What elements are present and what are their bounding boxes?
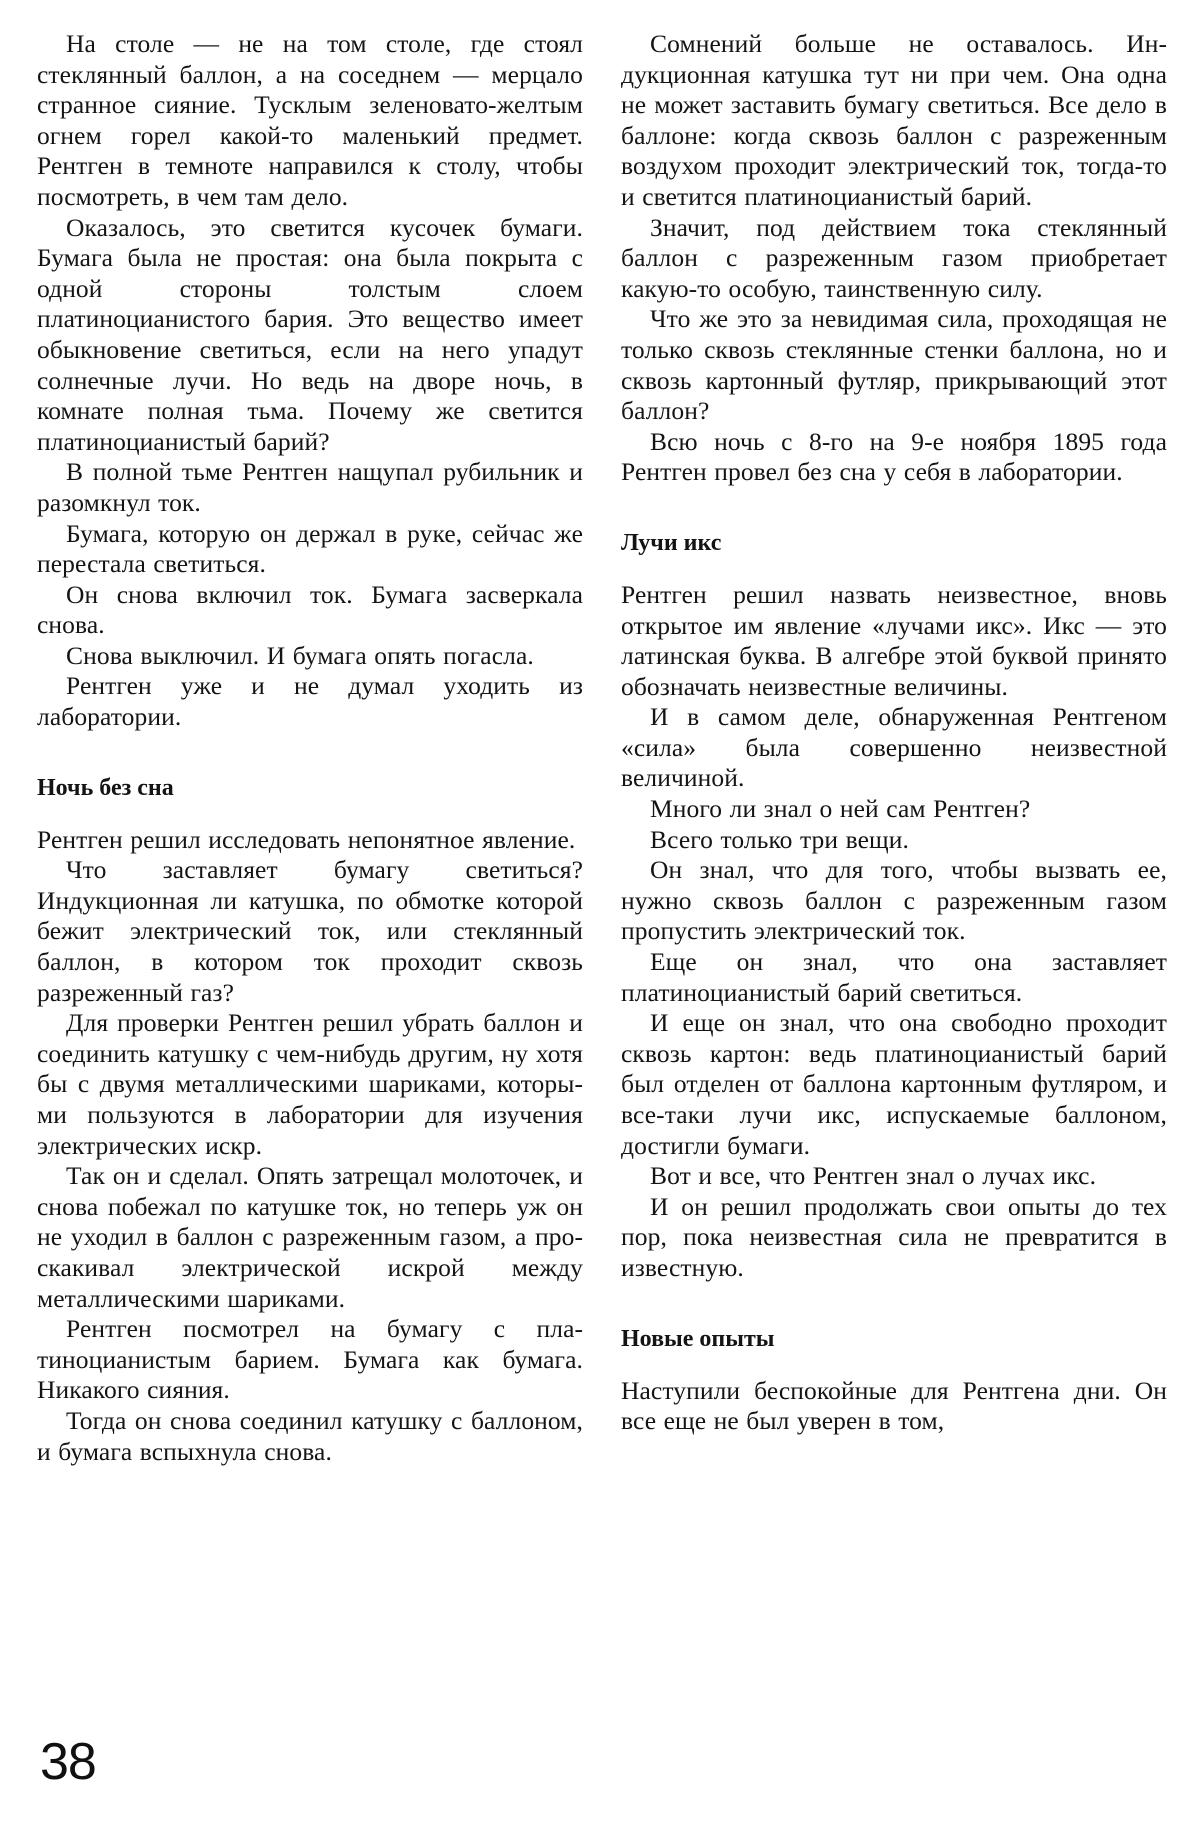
paragraph: Что заставляет бумагу светиться? Индукци… [37, 855, 583, 1008]
paragraph: Вот и все, что Рентген знал о лучах икс. [621, 1161, 1167, 1192]
paragraph: Всю ночь с 8-го на 9-е ноября 1895 года … [621, 427, 1167, 488]
paragraph: Снова выключил. И бумага опять погасла. [37, 641, 583, 672]
paragraph: Бумага, которую он держал в ру­ке, сейча… [37, 519, 583, 580]
spacer [621, 1354, 1167, 1376]
paragraph: И в самом деле, обнаруженная Рент­геном … [621, 702, 1167, 794]
paragraph: И еще он знал, что она свободно проходит… [621, 1008, 1167, 1161]
section-heading-night-without-sleep: Ночь без сна [37, 773, 583, 803]
paragraph: И он решил продолжать свои опы­ты до тех… [621, 1192, 1167, 1284]
paragraph: Так он и сделал. Опять затрещал молоточе… [37, 1161, 583, 1314]
paragraph: Он знал, что для того, чтобы вызвать ее,… [621, 855, 1167, 947]
spacer [621, 1284, 1167, 1324]
paragraph: Что же это за невидимая сила, про­ходяща… [621, 304, 1167, 426]
paragraph: На столе — не на том столе, где стоял ст… [37, 29, 583, 213]
spacer [37, 733, 583, 773]
paragraph: Рентген посмотрел на бумагу с пла­тиноци… [37, 1314, 583, 1406]
right-column: Сомнений больше не оставалось. Ин­дукцио… [621, 29, 1167, 1437]
paragraph: Тогда он снова соединил катушку с баллон… [37, 1406, 583, 1467]
spacer [621, 558, 1167, 580]
spacer [621, 488, 1167, 528]
paragraph: Сомнений больше не оставалось. Ин­дукцио… [621, 29, 1167, 213]
paragraph: Всего только три вещи. [621, 825, 1167, 856]
paragraph: В полной тьме Рентген нащупал ру­бильник… [37, 457, 583, 518]
paragraph: Значит, под действием тока стек­лянный б… [621, 213, 1167, 305]
spacer [37, 803, 583, 825]
paragraph: Он снова включил ток. Бумага за­сверкала… [37, 580, 583, 641]
book-page: На столе — не на том столе, где стоял ст… [0, 0, 1200, 1834]
paragraph: Для проверки Рентген решил убрать баллон… [37, 1008, 583, 1161]
left-column: На столе — не на том столе, где стоял ст… [37, 29, 583, 1467]
paragraph: Рентген решил исследовать непонят­ное яв… [37, 825, 583, 856]
paragraph: Оказалось, это светится кусочек бу­маги.… [37, 213, 583, 458]
section-heading-new-experiments: Новые опыты [621, 1324, 1167, 1354]
paragraph: Еще он знал, что она заставляет платиноц… [621, 947, 1167, 1008]
paragraph: Рентген уже и не думал уходить из лабора… [37, 671, 583, 732]
section-heading-x-rays: Лучи икс [621, 528, 1167, 558]
paragraph: Рентген решил назвать неизвестное, вновь… [621, 580, 1167, 702]
paragraph: Наступили беспокойные для Рентгена дни. … [621, 1376, 1167, 1437]
page-number: 38 [40, 1734, 96, 1790]
paragraph: Много ли знал о ней сам Рентген? [621, 794, 1167, 825]
